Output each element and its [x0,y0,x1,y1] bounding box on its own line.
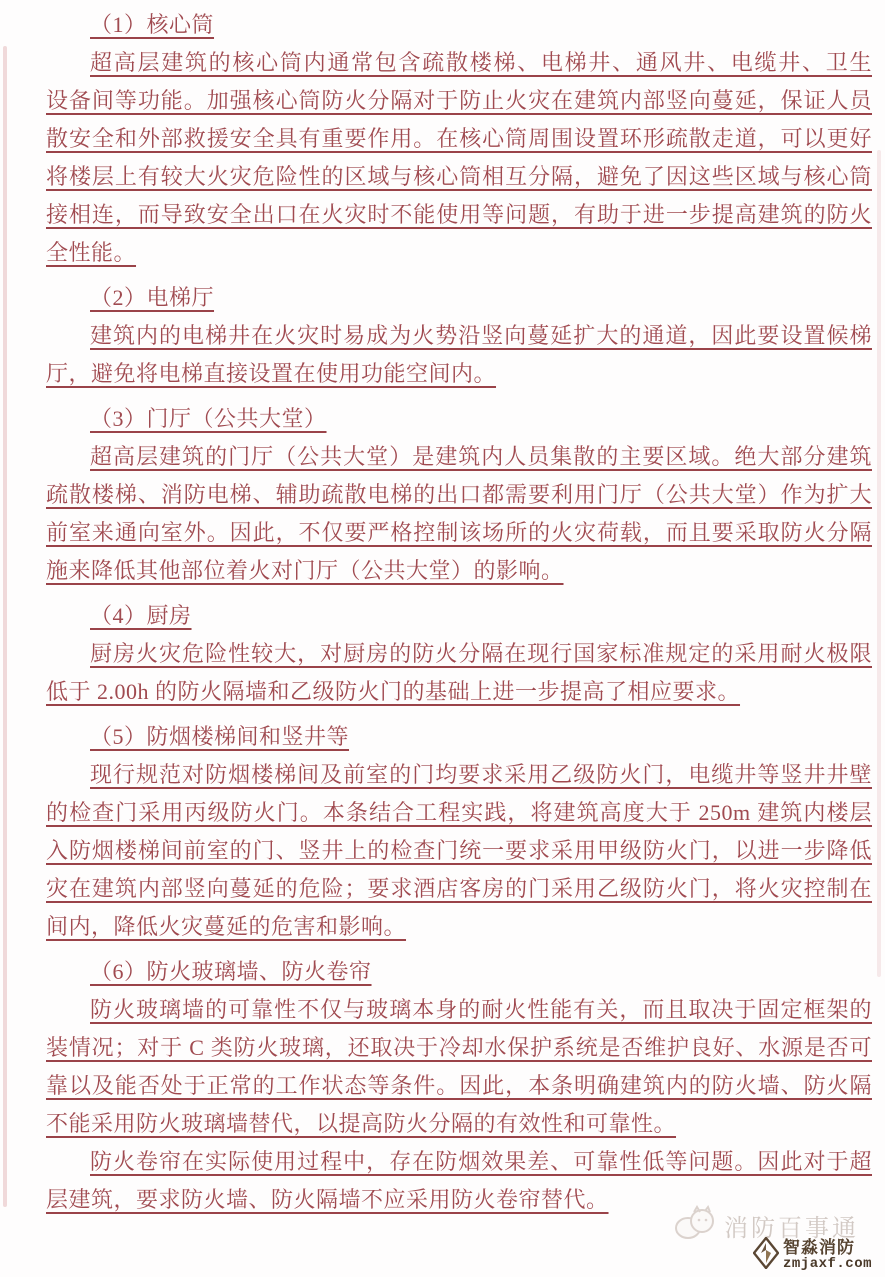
section-heading: （3）门厅（公共大堂） [46,400,872,438]
paragraph-line: 不能采用防火玻璃墙替代，以提高防火分隔的有效性和可靠性。 [46,1105,872,1143]
paragraph-line: 灾在建筑内部竖向蔓延的危险；要求酒店客房的门采用乙级防火门，将火灾控制在房 [46,870,872,908]
watermark-brand-dark: 智淼消防 [783,1239,872,1257]
paragraph-line: 防火玻璃墙的可靠性不仅与玻璃本身的耐火性能有关，而且取决于固定框架的安 [46,991,872,1029]
paragraph-line: 厅，避免将电梯直接设置在使用功能空间内。 [46,355,872,393]
paragraph-line: 间内，降低火灾蔓延的危害和影响。 [46,908,872,946]
paragraph-line: 入防烟楼梯间前室的门、竖井上的检查门统一要求采用甲级防火门，以进一步降低火 [46,832,872,870]
paragraph-line: 设备间等功能。加强核心筒防火分隔对于防止火灾在建筑内部竖向蔓延，保证人员疏 [46,82,872,120]
paragraph-line: 超高层建筑的核心筒内通常包含疏散楼梯、电梯井、通风井、电缆井、卫生间、 [46,44,872,82]
diamond-fold-icon [753,1237,779,1274]
section-heading: （5）防烟楼梯间和竖井等 [46,718,872,756]
paragraph-line: 建筑内的电梯井在火灾时易成为火势沿竖向蔓延扩大的通道，因此要设置候梯 [46,317,872,355]
paragraph-line: 散安全和外部救援安全具有重要作用。在核心筒周围设置环形疏散走道，可以更好地 [46,120,872,158]
paragraph-line: 靠以及能否处于正常的工作状态等条件。因此，本条明确建筑内的防火墙、防火隔墙 [46,1067,872,1105]
watermark: 消防百事通 智淼消防 zmjaxf.com [675,1190,880,1275]
watermark-site-url: zmjaxf.com [783,1257,872,1272]
paragraph-line: 低于 2.00h 的防火隔墙和乙级防火门的基础上进一步提高了相应要求。 [46,673,872,711]
section-heading: （2）电梯厅 [46,279,872,317]
paragraph-line: 全性能。 [46,234,872,272]
paragraph-line: 前室来通向室外。因此，不仅要严格控制该场所的火灾荷载，而且要采取防火分隔措 [46,514,872,552]
section-heading: （4）厨房 [46,597,872,635]
paragraph-line: 装情况；对于 C 类防火玻璃，还取决于冷却水保护系统是否维护良好、水源是否可 [46,1029,872,1067]
paragraph-line: 施来降低其他部位着火对门厅（公共大堂）的影响。 [46,552,872,590]
paragraph-line: 防火卷帘在实际使用过程中，存在防烟效果差、可靠性低等问题。因此对于超高 [46,1143,872,1181]
mascot-cat-icon [675,1204,719,1247]
section-heading: （6）防火玻璃墙、防火卷帘 [46,953,872,991]
paragraph-line: 疏散楼梯、消防电梯、辅助疏散电梯的出口都需要利用门厅（公共大堂）作为扩大的 [46,476,872,514]
paragraph-line: 的检查门采用丙级防火门。本条结合工程实践，将建筑高度大于 250m 建筑内楼层进 [46,794,872,832]
watermark-dark-block: 智淼消防 zmjaxf.com [753,1237,872,1274]
section-heading: （1）核心筒 [46,6,872,44]
paragraph-line: 厨房火灾危险性较大，对厨房的防火分隔在现行国家标准规定的采用耐火极限不 [46,635,872,673]
document-page: （1）核心筒超高层建筑的核心筒内通常包含疏散楼梯、电梯井、通风井、电缆井、卫生间… [0,0,885,1277]
paragraph-line: 超高层建筑的门厅（公共大堂）是建筑内人员集散的主要区域。绝大部分建筑的 [46,438,872,476]
paragraph-line: 现行规范对防烟楼梯间及前室的门均要求采用乙级防火门，电缆井等竖井井壁上 [46,756,872,794]
paragraph-line: 接相连，而导致安全出口在火灾时不能使用等问题，有助于进一步提高建筑的防火安 [46,196,872,234]
document-body: （1）核心筒超高层建筑的核心筒内通常包含疏散楼梯、电梯井、通风井、电缆井、卫生间… [0,0,885,1219]
paragraph-line: 将楼层上有较大火灾危险性的区域与核心筒相互分隔，避免了因这些区域与核心筒直 [46,158,872,196]
